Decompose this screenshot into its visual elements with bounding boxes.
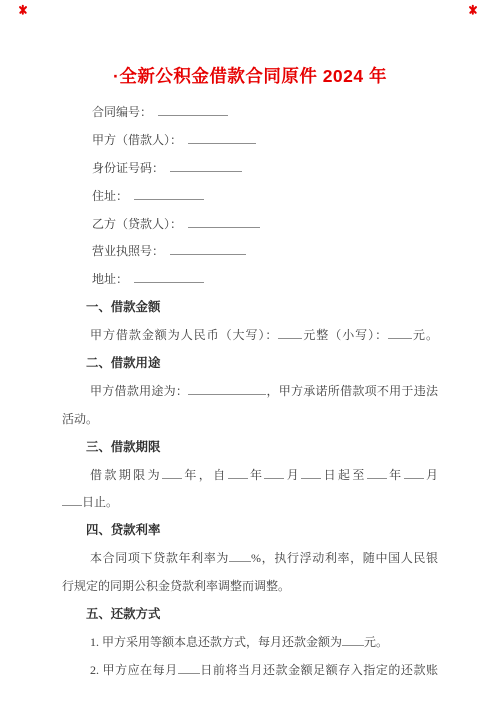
fill-in-blank (342, 633, 364, 646)
fill-in-blank (188, 382, 266, 395)
section-heading: 四、贷款利率 (62, 517, 438, 545)
field-address: 地址： (62, 266, 438, 294)
field-label: 住址： (92, 189, 128, 203)
field-id-number: 身份证号码： (62, 155, 438, 183)
section-heading: 一、借款金额 (62, 294, 438, 322)
fill-in-blank (264, 466, 284, 479)
fill-in-blank (134, 187, 204, 200)
section-heading: 三、借款期限 (62, 434, 438, 462)
field-label: 身份证号码： (92, 161, 164, 175)
paragraph-line: 甲方借款用途为：，甲方承诺所借款项不用于违法 (62, 378, 438, 406)
contract-document-page: ·全新公积金借款合同原件 2024 年 合同编号：甲方（借款人）：身份证号码：住… (0, 0, 500, 707)
fill-in-blank (367, 466, 387, 479)
fill-in-blank (62, 493, 82, 506)
fill-in-blank (170, 242, 246, 255)
field-residence-address: 住址： (62, 183, 438, 211)
red-asterisk-mark-icon (467, 4, 479, 16)
paragraph-line: 甲方借款金额为人民币（大写）：元整（小写）：元。 (62, 322, 438, 350)
fill-in-blank (134, 270, 204, 283)
section-heading: 五、还款方式 (62, 601, 438, 629)
field-party-b-lender: 乙方（贷款人）： (62, 211, 438, 239)
paragraph-line: 日止。 (62, 489, 438, 517)
fill-in-blank (278, 326, 302, 339)
fill-in-blank (178, 661, 200, 674)
paragraph-line: 2. 甲方应在每月日前将当月还款金额足额存入指定的还款账 (62, 657, 438, 685)
field-business-license-number: 营业执照号： (62, 238, 438, 266)
fill-in-blank (188, 131, 256, 144)
contract-title: ·全新公积金借款合同原件 2024 年 (0, 0, 500, 89)
section-heading: 二、借款用途 (62, 350, 438, 378)
fill-in-blank (228, 466, 248, 479)
field-label: 甲方（借款人）： (92, 133, 182, 147)
paragraph-line: 行规定的同期公积金贷款利率调整而调整。 (62, 573, 438, 601)
fill-in-blank (301, 466, 321, 479)
field-party-a-borrower: 甲方（借款人）： (62, 127, 438, 155)
fill-in-blank (170, 159, 242, 172)
contract-body: 合同编号：甲方（借款人）：身份证号码：住址：乙方（贷款人）：营业执照号：地址：一… (62, 99, 438, 685)
field-label: 合同编号： (92, 105, 152, 119)
field-label: 营业执照号： (92, 244, 164, 258)
paragraph-line: 借款期限为年，自年月日起至年月 (62, 462, 438, 490)
fill-in-blank (158, 103, 228, 116)
fill-in-blank (188, 215, 260, 228)
fill-in-blank (162, 466, 182, 479)
field-contract-number: 合同编号： (62, 99, 438, 127)
fill-in-blank (404, 466, 424, 479)
paragraph-line: 本合同项下贷款年利率为%，执行浮动利率，随中国人民银 (62, 545, 438, 573)
fill-in-blank (229, 549, 251, 562)
red-asterisk-mark-icon (17, 4, 29, 16)
paragraph-line: 1. 甲方采用等额本息还款方式，每月还款金额为元。 (62, 629, 438, 657)
fill-in-blank (388, 326, 412, 339)
field-label: 地址： (92, 272, 128, 286)
field-label: 乙方（贷款人）： (92, 217, 182, 231)
paragraph-line: 活动。 (62, 406, 438, 434)
